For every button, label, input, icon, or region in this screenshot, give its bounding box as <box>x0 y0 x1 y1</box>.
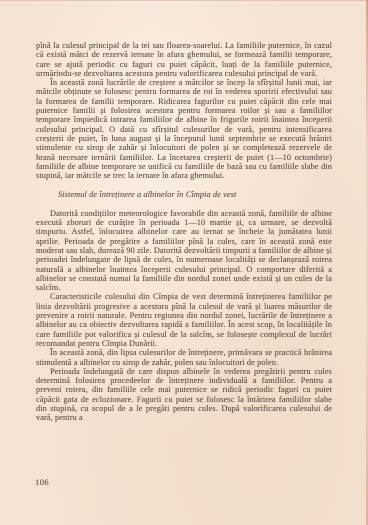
paragraph-continued: pînă la culesul principal de la tei sau … <box>36 41 332 78</box>
paragraph: Caracteristicile culesului din Cîmpia de… <box>36 292 332 348</box>
paragraph: Datorită condițiilor meteorologice favor… <box>36 209 332 293</box>
paragraph: Perioada îndelungată de care dispun albi… <box>36 367 332 423</box>
book-page: pînă la culesul principal de la tei sau … <box>0 0 368 525</box>
page-text-column: pînă la culesul principal de la tei sau … <box>36 41 332 423</box>
scan-edge-top <box>0 0 368 1</box>
paragraph: În această zonă lucrările de creștere a … <box>36 78 332 180</box>
section-heading: Sistemul de întreținere a albinelor în C… <box>36 190 332 199</box>
paragraph: În această zonă, din lipsa culesurilor d… <box>36 348 332 367</box>
page-number: 106 <box>35 477 49 487</box>
